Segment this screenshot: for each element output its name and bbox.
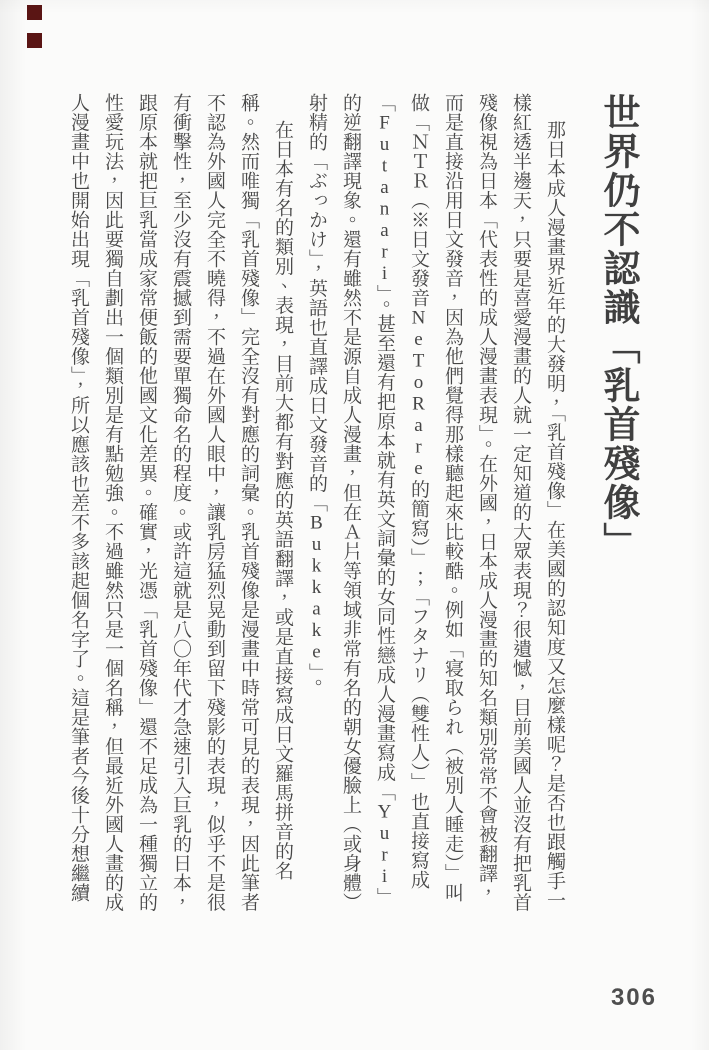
book-page-scan: 世界仍不認識「乳首殘像」 那日本成人漫畫界近年的大發明，「乳首殘像」在美國的認知… xyxy=(0,0,709,1050)
page-edge-mark xyxy=(27,33,42,48)
page-number: 306 xyxy=(611,984,657,1012)
page-edge-mark xyxy=(27,5,42,20)
article-title: 世界仍不認識「乳首殘像」 xyxy=(591,93,643,915)
article-paragraph: 那日本成人漫畫界近年的大發明，「乳首殘像」在美國的認知度又怎麼樣呢？是否也跟觸手… xyxy=(299,93,571,915)
article-paragraph: 在日本有名的類別、表現，目前大都有對應的英語翻譯，或是直接寫成日文羅馬拼音的名稱… xyxy=(63,93,299,915)
article: 世界仍不認識「乳首殘像」 那日本成人漫畫界近年的大發明，「乳首殘像」在美國的認知… xyxy=(63,93,643,915)
